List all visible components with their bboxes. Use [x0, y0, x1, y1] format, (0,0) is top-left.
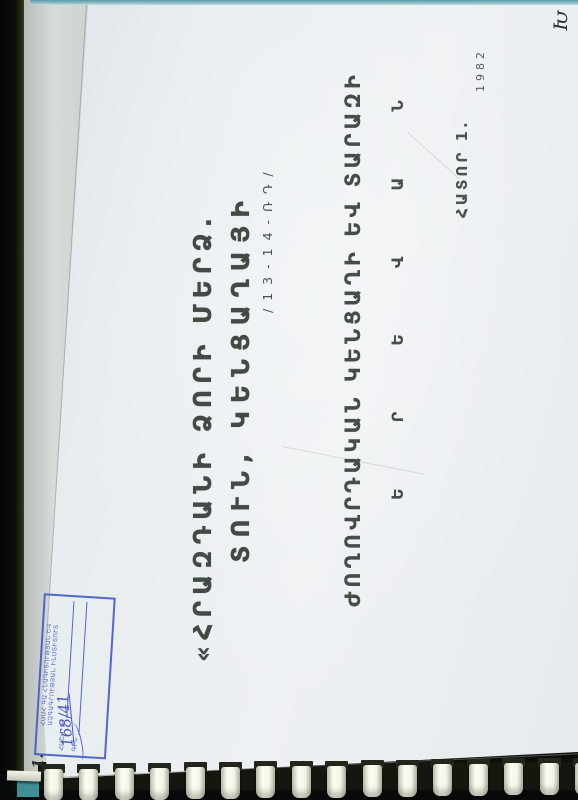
title-line-1: «ՀՐԱԶԴԱՆԻ ՁՈՐԻ ՄԵՐՁ.: [189, 212, 217, 662]
stamp-border: ՀՍՍՀ ԳԱ ՀՆԱԳԻՏՈՒԹՅԱՆ ԵՎ ԱԶԳԱԳՐՈՒԹՅԱՆ ԻՆՍ…: [34, 593, 116, 759]
binding-tooth: [150, 768, 169, 800]
binding-tooth: [327, 766, 346, 798]
title-line-2: ՏՈՒՆ, ԿԵՆՑԱՂԱՅԻ: [227, 193, 255, 563]
binding-tooth: [186, 767, 205, 799]
document-number: /13-14-ՌԴ/: [261, 164, 275, 313]
binding-tooth: [363, 765, 382, 797]
cover-corner-patch: [17, 781, 39, 797]
binding-tooth: [292, 766, 311, 798]
year-label: 1982: [475, 48, 487, 92]
binding-tooth: [44, 769, 63, 800]
corner-ink-mark: Խ: [551, 10, 572, 31]
stamp-fill-line: [71, 601, 87, 734]
binding-tooth: [469, 764, 488, 796]
binding-tooth: [504, 763, 523, 795]
binding-tooth: [433, 764, 452, 796]
binding-tooth: [540, 763, 559, 795]
binding-tooth-edge: [7, 770, 41, 781]
library-stamp: ՀՍՍՀ ԳԱ ՀՆԱԳԻՏՈՒԹՅԱՆ ԵՎ ԱԶԳԱԳՐՈՒԹՅԱՆ ԻՆՍ…: [34, 593, 116, 759]
city-name: ԵՐԵՎԱՆ: [389, 34, 407, 500]
scanned-document-photo: «ՀՐԱԶԴԱՆԻ ՁՈՐԻ ՄԵՐՁ. ՏՈՒՆ, ԿԵՆՑԱՂԱՅԻ /13…: [0, 0, 578, 800]
binding-tooth: [221, 767, 240, 799]
binding-tooth: [115, 768, 134, 800]
page-top-edge: [30, 0, 578, 5]
binding-tooth: [398, 765, 417, 797]
subtitle-line: ԺՈՂՈՎՐԴԱԿԱՆ ԿԵՆՑԱՂԻ ԵՎ ՏԱՐԱԶԻ: [342, 71, 365, 607]
stamp-ink-flourish: [67, 721, 85, 762]
binding-tooth: [79, 769, 98, 800]
binding-tooth: [256, 766, 275, 798]
volume-label: ՀԱՏՈՐ 1.: [454, 119, 471, 218]
